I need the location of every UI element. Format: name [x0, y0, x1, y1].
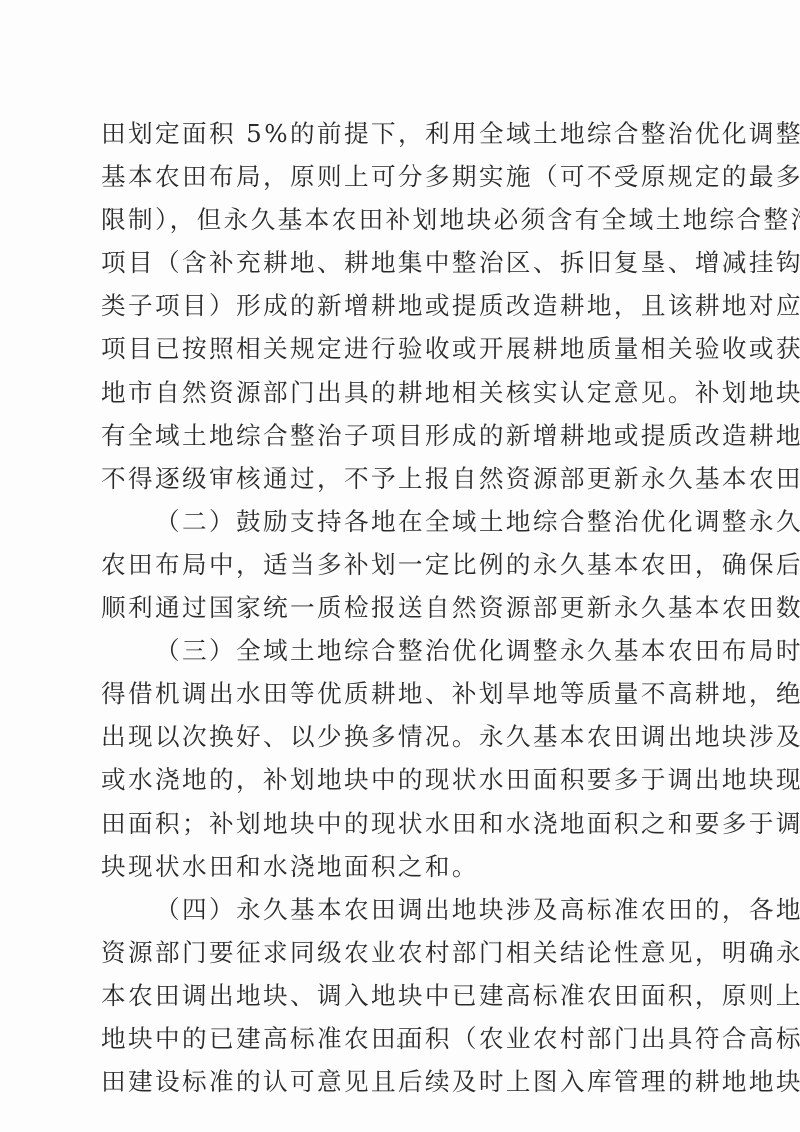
text-line: 地市自然资源部门出具的耕地相关核实认定意见。补划地块未含	[101, 371, 706, 414]
text-line: 得借机调出水田等优质耕地、补划旱地等质量不高耕地，绝不能	[101, 672, 706, 715]
text-line: 本农田调出地块、调入地块中已建高标准农田面积，原则上补划	[101, 974, 706, 1017]
text-line: 田面积；补划地块中的现状水田和水浇地面积之和要多于调出地	[101, 802, 706, 845]
paragraph-heading-4: （四）永久基本农田调出地块涉及高标准农田的，各地自然	[101, 888, 706, 931]
text-line: 农田布局中，适当多补划一定比例的永久基本农田，确保后续可	[101, 543, 706, 586]
paragraph-heading-2: （二）鼓励支持各地在全域土地综合整治优化调整永久基本	[101, 500, 706, 543]
text-line: 项目已按照相关规定进行验收或开展耕地质量相关验收或获得	[101, 327, 706, 370]
text-line: 限制），但永久基本农田补划地块必须含有全域土地综合整治子	[101, 198, 706, 241]
text-line: 类子项目）形成的新增耕地或提质改造耕地，且该耕地对应的子	[101, 284, 706, 327]
text-line: 有全域土地综合整治子项目形成的新增耕地或提质改造耕地的，	[101, 414, 706, 457]
text-line: 田建设标准的认可意见且后续及时上图入库管理的耕地地块，可	[101, 1060, 706, 1103]
paragraph-heading-3: （三）全域土地综合整治优化调整永久基本农田布局时，不	[101, 629, 706, 672]
text-line: 资源部门要征求同级农业农村部门相关结论性意见，明确永久基	[101, 931, 706, 974]
document-body: 田划定面积 5%的前提下，利用全域土地综合整治优化调整永久 基本农田布局，原则上…	[101, 112, 706, 1103]
page-number: 2	[390, 1036, 410, 1052]
text-line: 不得逐级审核通过，不予上报自然资源部更新永久基本农田数据。	[101, 457, 706, 500]
text-line: 或水浇地的，补划地块中的现状水田面积要多于调出地块现状水	[101, 758, 706, 801]
text-line: 田划定面积 5%的前提下，利用全域土地综合整治优化调整永久	[101, 112, 706, 155]
text-line: 顺利通过国家统一质检报送自然资源部更新永久基本农田数据。	[101, 586, 706, 629]
text-line: 块现状水田和水浇地面积之和。	[101, 845, 706, 888]
text-line: 项目（含补充耕地、耕地集中整治区、拆旧复垦、增减挂钩等各	[101, 241, 706, 284]
document-page: 田划定面积 5%的前提下，利用全域土地综合整治优化调整永久 基本农田布局，原则上…	[0, 0, 800, 1132]
text-line: 基本农田布局，原则上可分多期实施（可不受原规定的最多 3 次	[101, 155, 706, 198]
text-line: 出现以次换好、以少换多情况。永久基本农田调出地块涉及水田	[101, 715, 706, 758]
